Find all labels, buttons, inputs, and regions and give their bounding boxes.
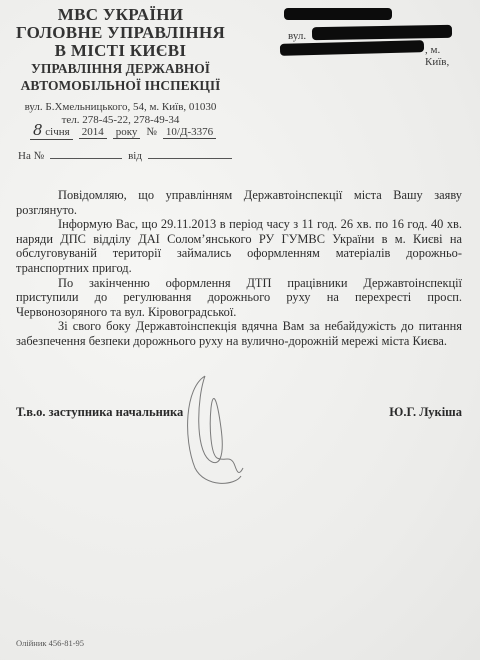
date-day-month: 8 січня <box>30 121 73 140</box>
executor-note: Олійник 456-81-95 <box>16 638 84 648</box>
redaction-bar <box>284 8 392 20</box>
signatory-name: Ю.Г. Лукіша <box>389 405 462 420</box>
number-sign: № <box>146 126 157 138</box>
date-day: 8 <box>33 121 43 139</box>
org-subline-2: АВТОМОБІЛЬНОЇ ІНСПЕКЦІЇ <box>8 77 233 94</box>
body-paragraph: Інформую Вас, що 29.11.2013 в період час… <box>16 217 462 275</box>
date-month: січня <box>45 126 69 138</box>
letter-body: Повідомляю, що управлінням Державтоінспе… <box>16 188 462 349</box>
org-subline-1: УПРАВЛІННЯ ДЕРЖАВНОЇ <box>8 60 233 77</box>
letter-page: МВС УКРАЇНИ ГОЛОВНЕ УПРАВЛІННЯ В МІСТІ К… <box>0 0 480 660</box>
date-year-suffix: року <box>113 126 141 139</box>
body-paragraph: Повідомляю, що управлінням Державтоінспе… <box>16 188 462 217</box>
reference-date-label: від <box>128 150 142 162</box>
body-paragraph: Зі свого боку Державтоінспекція вдячна В… <box>16 319 462 348</box>
recipient-street-prefix: вул. <box>288 30 306 42</box>
recipient-address: вул. , м. Київ, <box>282 6 462 58</box>
date-year: 2014 <box>79 126 107 139</box>
reference-date-blank <box>148 158 232 159</box>
redaction-bar <box>280 40 424 56</box>
outgoing-number: 10/Д-3376 <box>163 126 216 139</box>
reference-number-blank <box>50 158 122 159</box>
org-line-3: В МІСТІ КИЄВІ <box>8 42 233 60</box>
reference-number-label: На № <box>18 150 44 162</box>
org-line-2: ГОЛОВНЕ УПРАВЛІННЯ <box>8 24 233 42</box>
recipient-city: , м. Київ, <box>425 44 462 68</box>
body-paragraph: По закінченню оформлення ДТП працівники … <box>16 276 462 320</box>
letterhead: МВС УКРАЇНИ ГОЛОВНЕ УПРАВЛІННЯ В МІСТІ К… <box>8 6 233 127</box>
org-line-1: МВС УКРАЇНИ <box>8 6 233 24</box>
signature-row: Т.в.о. заступника начальника Ю.Г. Лукіша <box>16 405 462 420</box>
redaction-bar <box>312 25 452 40</box>
handwritten-signature-icon <box>175 368 255 488</box>
outgoing-date-number: 8 січня 2014 року № 10/Д-3376 <box>30 121 240 140</box>
org-address: вул. Б.Хмельницького, 54, м. Київ, 01030 <box>8 101 233 114</box>
signatory-position: Т.в.о. заступника начальника <box>16 405 183 420</box>
reference-line: На № від <box>18 150 232 162</box>
